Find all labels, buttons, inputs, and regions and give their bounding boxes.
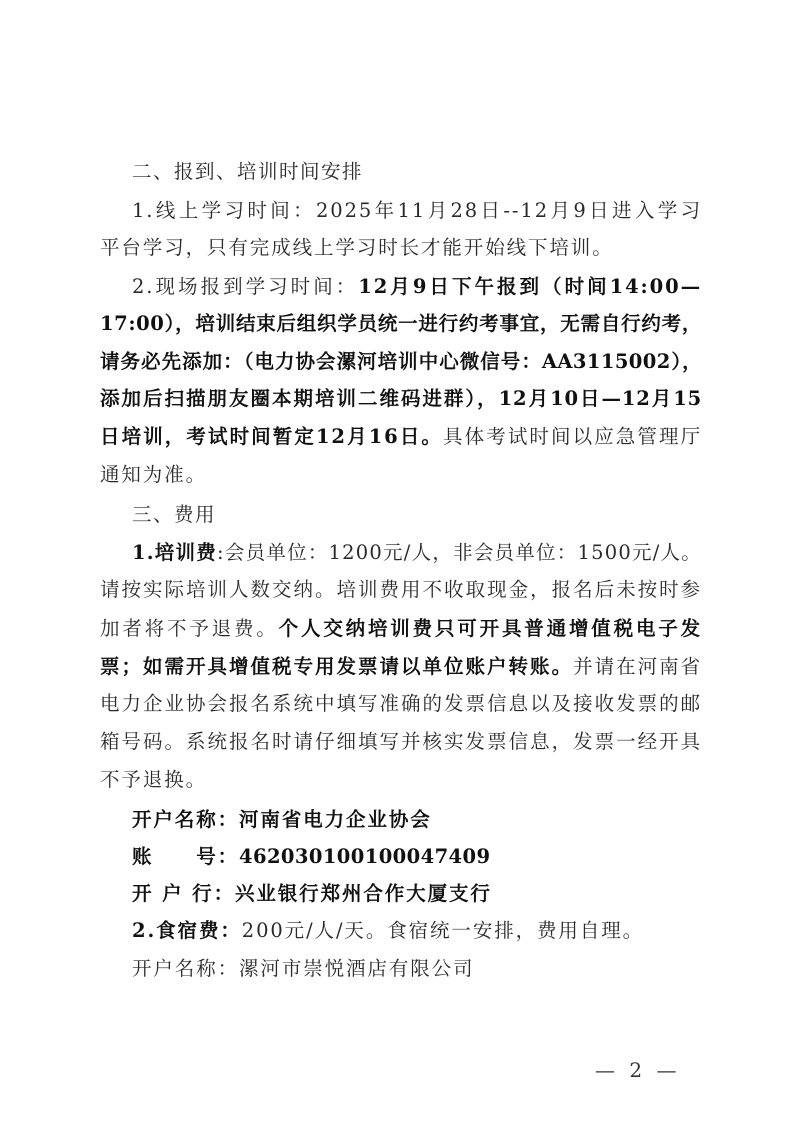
- lodging-fee-line: 2.食宿费：200元/人/天。食宿统一安排，费用自理。: [132, 912, 702, 950]
- account-bank-value: 兴业银行郑州合作大厦支行: [235, 882, 492, 905]
- refund-note: 加者将不予退费。: [100, 617, 279, 640]
- onsite-report-line6: 通知为准。: [100, 456, 702, 494]
- onsite-report-line2: 17:00），培训结束后组织学员统一进行约考事宜，无需自行约考，: [100, 305, 702, 343]
- account-name-label: 开户名称：: [132, 808, 239, 831]
- onsite-report-line4: 添加后扫描朋友圈本期培训二维码进群），12月10日—12月15: [100, 380, 702, 418]
- section-heading-schedule: 二、报到、培训时间安排: [132, 153, 702, 191]
- training-fee-line5: 电力企业协会报名系统中填写准确的发票信息以及接收发票的邮: [100, 685, 702, 723]
- onsite-report-time: 12月9日下午报到（时间14:00—: [358, 275, 702, 298]
- onsite-report-label: 2.现场报到学习时间：: [132, 275, 358, 298]
- onsite-report-line3: 请务必先添加：（电力协会漯河培训中心微信号：AA3115002），: [100, 343, 702, 381]
- online-study-line2: 平台学习，只有完成线上学习时长才能开始线下培训。: [100, 229, 702, 267]
- account-number-label: 账 号：: [132, 845, 239, 868]
- exam-note: 具体考试时间以应急管理厅: [443, 425, 702, 448]
- account-name-value: 河南省电力企业协会: [239, 808, 432, 831]
- training-fee-line7: 不予退换。: [100, 761, 702, 799]
- account-bank-label: 开 户 行：: [132, 882, 235, 905]
- section-heading-fees: 三、费用: [132, 496, 702, 534]
- online-study-line1: 1.线上学习时间：2025年11月28日--12月9日进入学习: [132, 192, 702, 230]
- training-fee-line4: 票；如需开具增值税专用发票请以单位账户转账。并请在河南省: [100, 648, 702, 686]
- hotel-account-value: 漯河市崇悦酒店有限公司: [239, 957, 474, 980]
- training-fee-line6: 箱号码。系统报名时请仔细填写并核实发票信息，发票一经开具: [100, 723, 702, 761]
- invoice-note-bold: 个人交纳培训费只可开具普通增值税电子发: [279, 617, 702, 640]
- lodging-fee-label: 2.食宿费：: [132, 919, 242, 942]
- special-invoice-note: 票；如需开具增值税专用发票请以单位账户转账。: [100, 655, 573, 678]
- training-fee-label: 1.培训费: [132, 541, 217, 564]
- hotel-account-row: 开户名称：漯河市崇悦酒店有限公司: [132, 950, 702, 988]
- hotel-account-label: 开户名称：: [132, 957, 239, 980]
- training-fee-line1: 1.培训费:会员单位：1200元/人，非会员单位：1500元/人。: [132, 534, 702, 572]
- account-bank-row: 开 户 行：兴业银行郑州合作大厦支行: [132, 875, 702, 913]
- account-name-row: 开户名称：河南省电力企业协会: [132, 801, 702, 839]
- training-fee-line2: 请按实际培训人数交纳。培训费用不收取现金，报名后未按时参: [100, 571, 702, 609]
- account-number-row: 账 号：462030100100047409: [132, 838, 702, 876]
- training-fee-price: :会员单位：1200元/人，非会员单位：1500元/人。: [217, 541, 702, 564]
- training-fee-line3: 加者将不予退费。个人交纳培训费只可开具普通增值税电子发: [100, 610, 702, 648]
- account-number-value: 462030100100047409: [239, 845, 490, 868]
- onsite-report-line5: 日培训，考试时间暂定12月16日。具体考试时间以应急管理厅: [100, 418, 702, 456]
- invoice-instruction: 并请在河南省: [573, 655, 702, 678]
- lodging-fee-text: 200元/人/天。食宿统一安排，费用自理。: [242, 919, 644, 942]
- page-number: — 2 —: [595, 1058, 680, 1082]
- exam-date: 日培训，考试时间暂定12月16日。: [100, 425, 443, 448]
- onsite-report-line1: 2.现场报到学习时间：12月9日下午报到（时间14:00—: [132, 268, 702, 306]
